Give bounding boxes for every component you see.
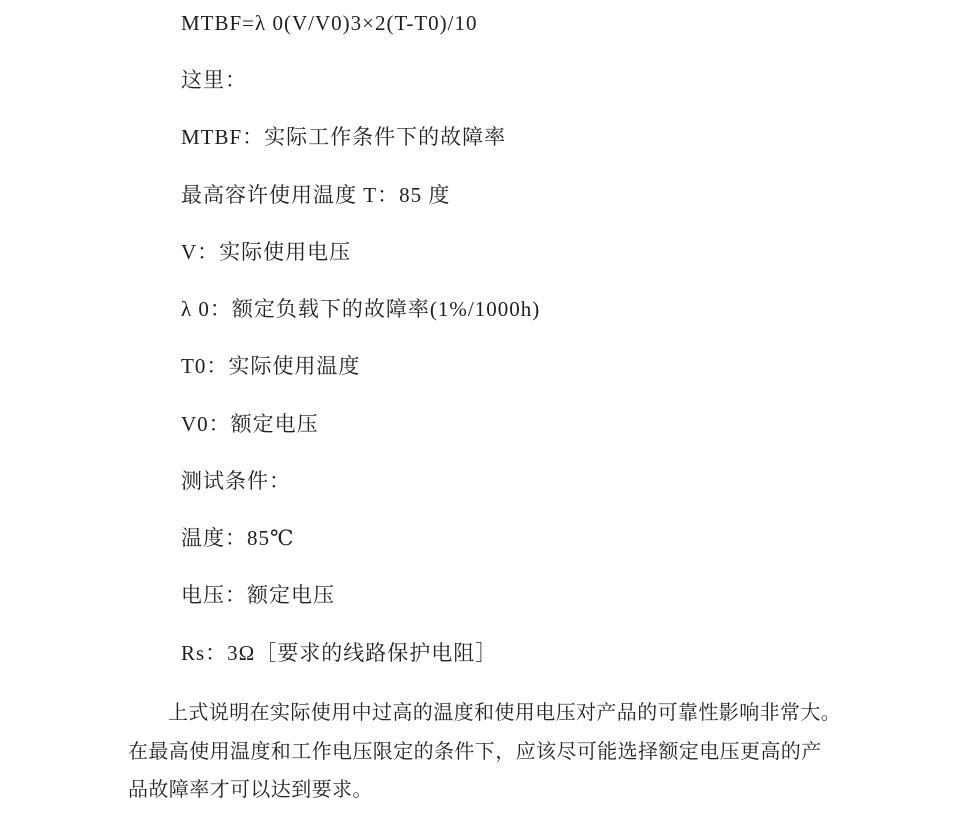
closing-paragraph-line: 上式说明在实际使用中过高的温度和使用电压对产品的可靠性影响非常大。 <box>128 694 844 733</box>
test-conditions-heading: 测试条件： <box>181 469 291 493</box>
def-actual-voltage: V：实际使用电压 <box>181 240 351 264</box>
closing-paragraph-line: 在最高使用温度和工作电压限定的条件下，应该尽可能选择额定电压更高的产 <box>128 733 844 772</box>
def-mtbf: MTBF：实际工作条件下的故障率 <box>181 125 506 149</box>
def-v0: V0：额定电压 <box>181 412 319 436</box>
closing-paragraph-line: 品故障率才可以达到要求。 <box>128 771 844 810</box>
test-voltage: 电压：额定电压 <box>181 583 335 607</box>
def-lambda0: λ 0：额定负载下的故障率(1%/1000h) <box>181 297 540 321</box>
mtbf-formula: MTBF=λ 0(V/V0)3×2(T-T0)/10 <box>181 11 478 35</box>
def-t0: T0：实际使用温度 <box>181 354 360 378</box>
intro-label: 这里： <box>181 68 247 92</box>
def-max-temperature: 最高容许使用温度 T：85 度 <box>181 183 450 207</box>
test-temperature: 温度：85℃ <box>181 526 295 550</box>
test-rs-resistance: Rs：3Ω［要求的线路保护电阻］ <box>181 641 497 665</box>
document-page: MTBF=λ 0(V/V0)3×2(T-T0)/10 这里： MTBF：实际工作… <box>0 0 960 821</box>
closing-paragraph: 上式说明在实际使用中过高的温度和使用电压对产品的可靠性影响非常大。 在最高使用温… <box>128 694 844 810</box>
